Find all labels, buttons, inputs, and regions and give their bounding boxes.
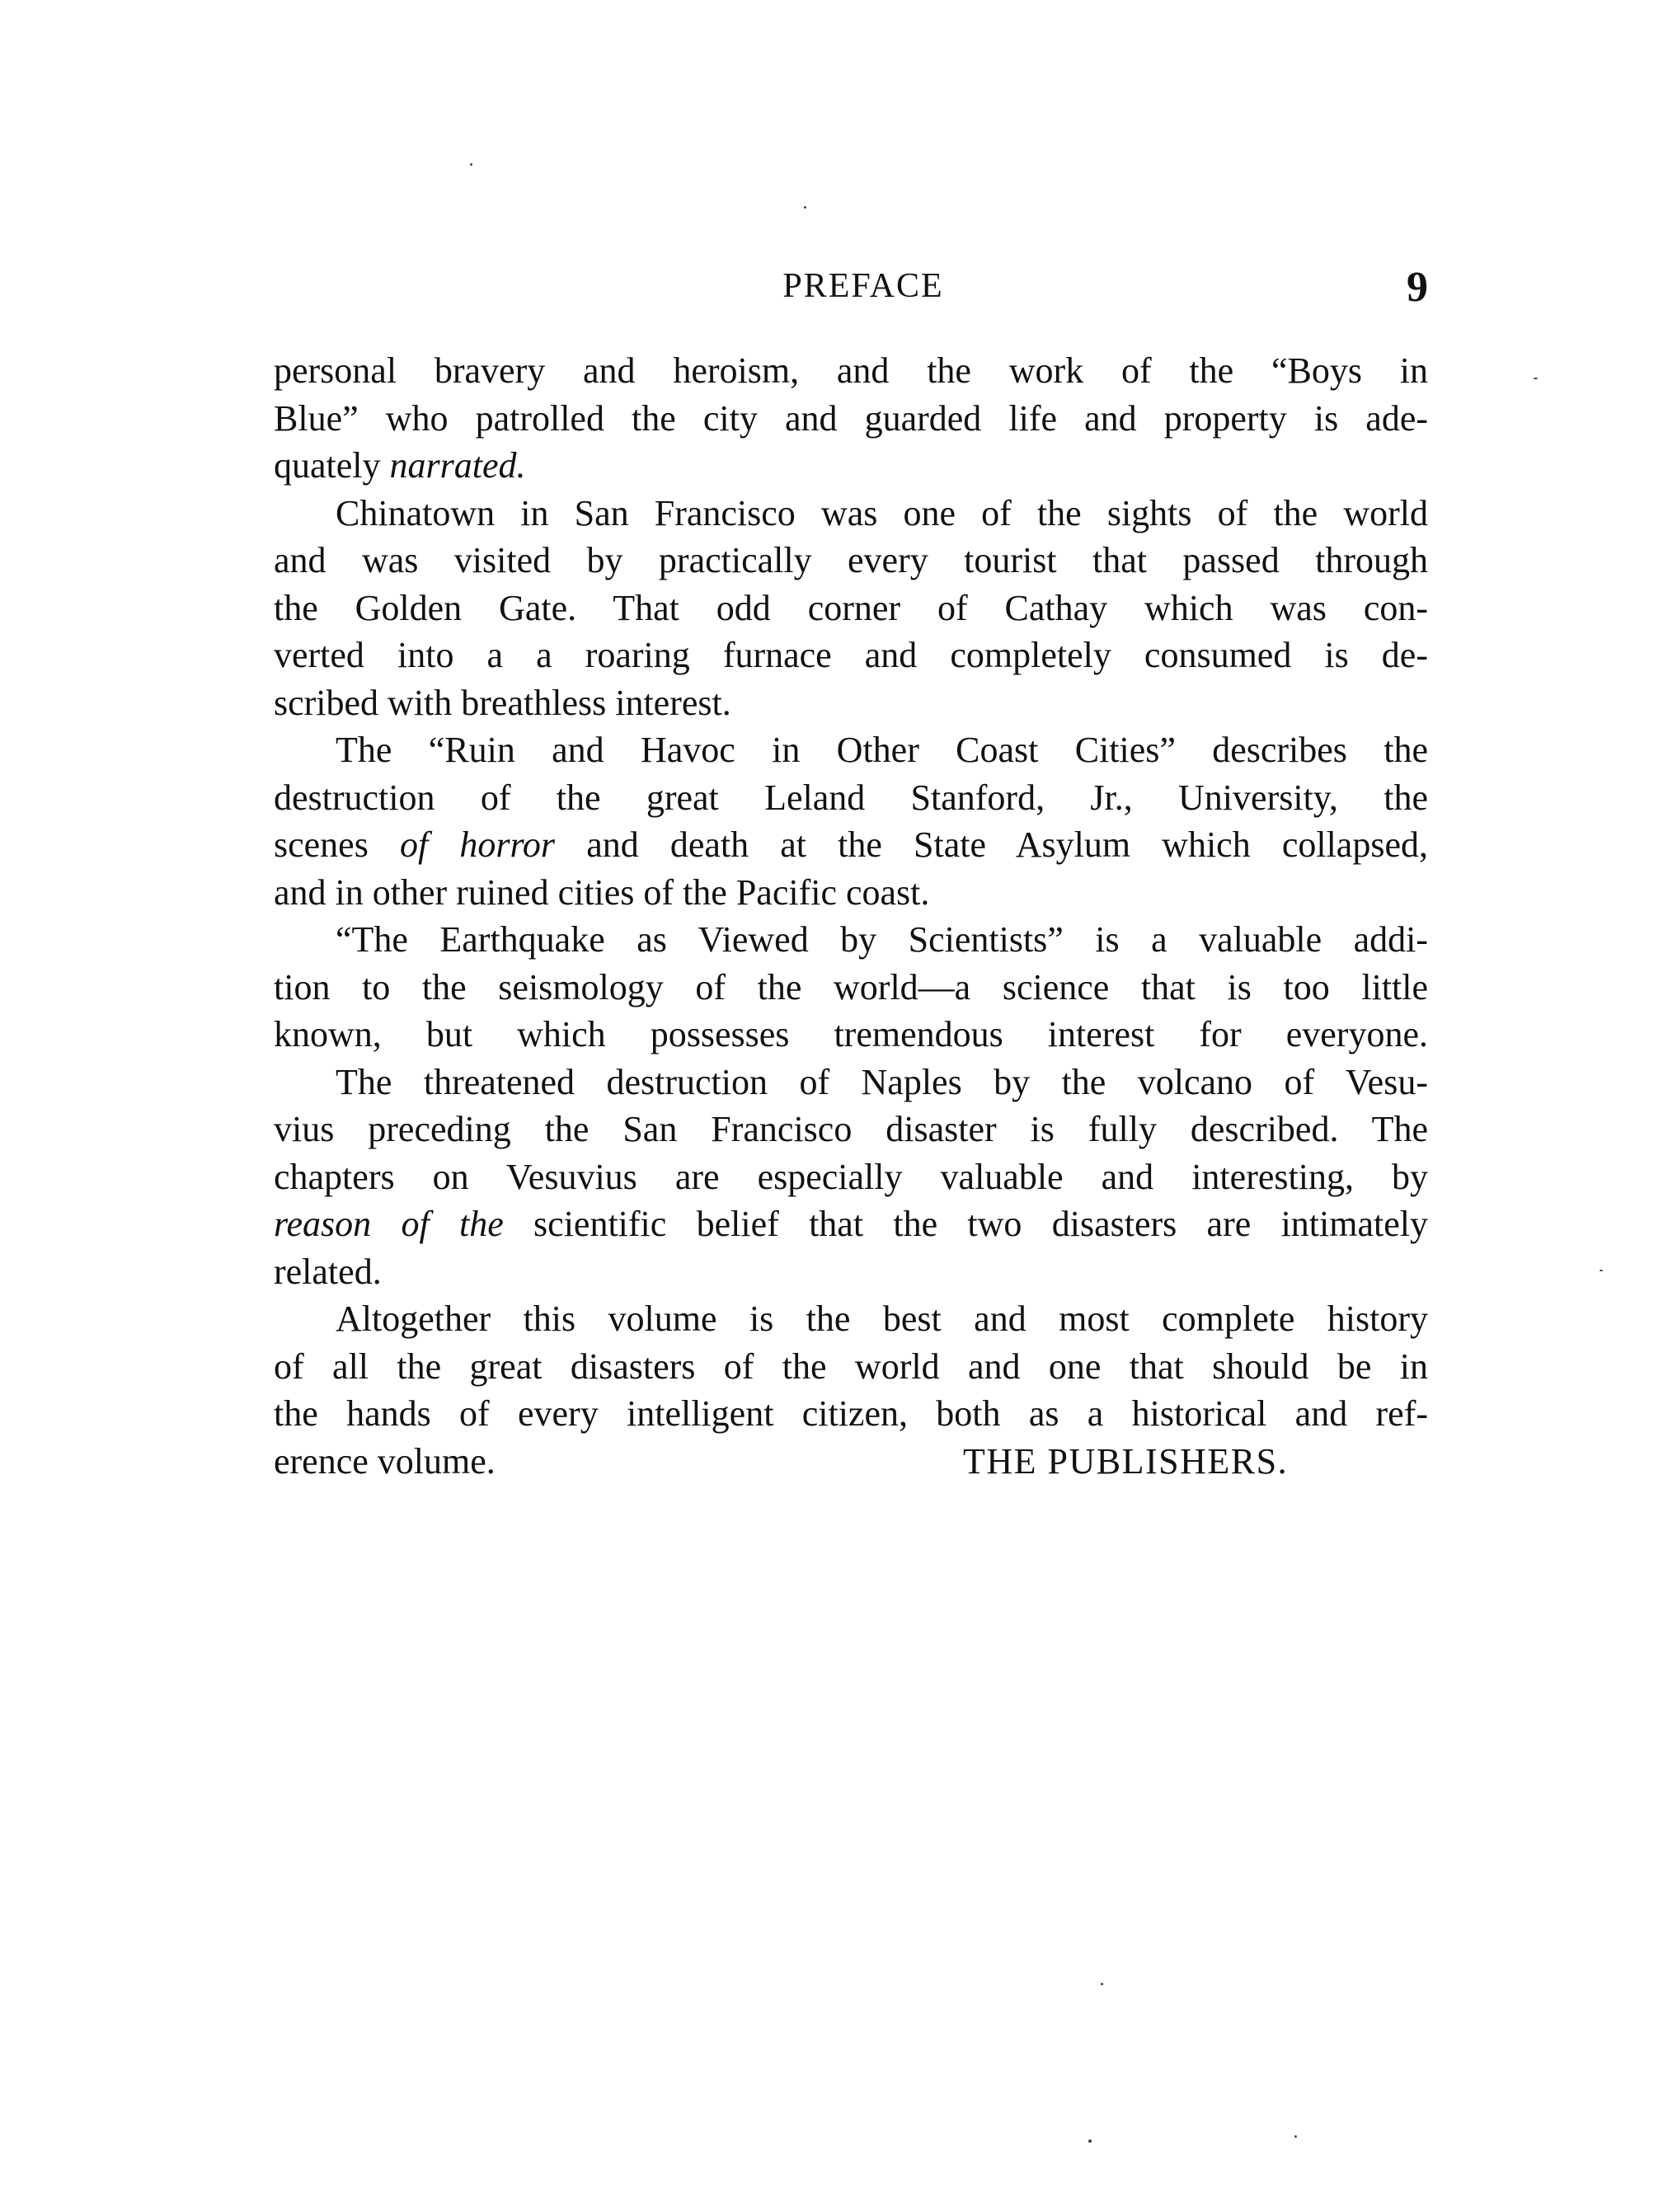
text-line: vius preceding the San Francisco disaste…	[274, 1106, 1428, 1153]
text-run: quately	[274, 445, 390, 486]
scan-speck	[1088, 2139, 1092, 2143]
text-line: destruction of the great Leland Stanford…	[274, 774, 1428, 822]
scan-speck	[1534, 378, 1538, 379]
scan-speck	[1600, 1270, 1603, 1271]
text-line: chapters on Vesuvius are especially valu…	[274, 1153, 1428, 1201]
text-line: erence volume. THE PUBLISHERS.	[274, 1438, 1428, 1486]
scan-speck	[804, 206, 806, 209]
text-line: the Golden Gate. That odd corner of Cath…	[274, 585, 1428, 632]
text-run: scientific belief that the two disasters…	[504, 1204, 1428, 1244]
text-run: erence volume.	[274, 1441, 496, 1482]
text-run: and death at the State Asylum which coll…	[555, 824, 1428, 865]
book-page: PREFACE 9 personal bravery and heroism, …	[0, 0, 1663, 2212]
paragraph-first-line: The threatened destruction of Naples by …	[274, 1059, 1428, 1106]
preface-body: personal bravery and heroism, and the wo…	[274, 347, 1428, 1485]
paragraph-first-line: The “Ruin and Havoc in Other Coast Citie…	[274, 726, 1428, 774]
page-title: PREFACE	[274, 265, 1428, 307]
text-line: quately narrated.	[274, 442, 1428, 490]
text-line: of all the great disasters of the world …	[274, 1343, 1428, 1391]
paragraph-first-line: “The Earthquake as Viewed by Scientists”…	[274, 916, 1428, 964]
text-line: and was visited by practically every tou…	[274, 537, 1428, 585]
scan-speck	[1294, 2135, 1297, 2138]
page-number: 9	[1407, 267, 1428, 308]
text-line: and in other ruined cities of the Pacifi…	[274, 869, 1428, 917]
running-head: PREFACE 9	[274, 265, 1428, 307]
italic-text-run: narrated.	[390, 445, 526, 486]
italic-text-run: reason of the	[274, 1204, 504, 1244]
text-line: Blue” who patrolled the city and guarded…	[274, 395, 1428, 443]
text-line: reason of the scientific belief that the…	[274, 1200, 1428, 1248]
text-line: personal bravery and heroism, and the wo…	[274, 347, 1428, 395]
text-line: related.	[274, 1248, 1428, 1296]
italic-text-run: of horror	[400, 824, 555, 865]
paragraph-first-line: Altogether this volume is the best and m…	[274, 1295, 1428, 1343]
text-line: scenes of horror and death at the State …	[274, 821, 1428, 869]
paragraph-first-line: Chinatown in San Francisco was one of th…	[274, 490, 1428, 538]
text-line: tion to the seismology of the world—a sc…	[274, 964, 1428, 1012]
text-run: scenes	[274, 824, 400, 865]
text-line: scribed with breathless interest.	[274, 679, 1428, 727]
scan-speck	[1101, 1983, 1103, 1985]
scan-speck	[470, 163, 472, 166]
text-line: the hands of every intelligent citizen, …	[274, 1390, 1428, 1438]
text-line: verted into a a roaring furnace and comp…	[274, 632, 1428, 679]
text-line: known, but which possesses tremendous in…	[274, 1011, 1428, 1059]
signature: THE PUBLISHERS.	[963, 1438, 1288, 1486]
